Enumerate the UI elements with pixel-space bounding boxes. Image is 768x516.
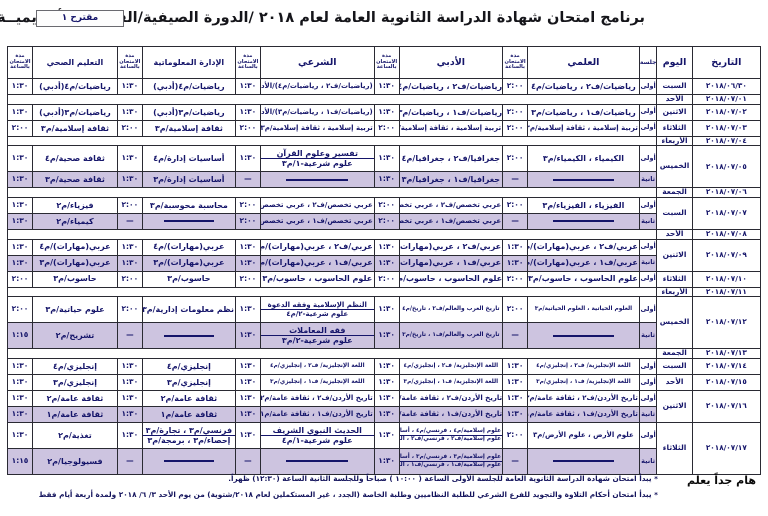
exam-cell: اللغة الإنجليزية/ ف١ ، إنجليزي/م٣ [399, 374, 503, 390]
notes-list: * يبدأ امتحان شهادة الدراسة الثانوية الع… [12, 474, 658, 506]
exam-subject: رياضيات/م٤(أدبي) [33, 82, 117, 91]
duration-cell: ١:٣٠ [235, 146, 260, 172]
exam-cell: عربي تخصص/ف١ ، عربي تخصص/م٣ [399, 213, 503, 229]
duration-cell: ١:٣٠ [235, 239, 260, 255]
exam-subject: تشريح/م٢ [33, 331, 117, 340]
dash-line [553, 179, 614, 181]
date-cell: ٢٠١٨/٠٧/١٧ [692, 422, 760, 474]
exam-subject: حاسوب/م٣ [33, 274, 117, 283]
duration-cell: ١:٣٠ [235, 374, 260, 390]
exam-cell: اللغة الإنجليزية/ ف١ ، إنجليزي/م٣ [527, 374, 639, 390]
duration-cell: ١:٣٠ [235, 79, 260, 95]
header-duration: مدةالامتحانبالساعة [117, 47, 142, 79]
day-cell: الأربعاء [657, 287, 692, 297]
exam-cell: رياضيات/ف١ ، رياضيات/م٣ [399, 104, 503, 120]
duration-cell: ١:٣٠ [8, 422, 33, 448]
exam-cell [142, 323, 235, 349]
page-title: برنامج امتحان شهادة الدراسة الثانوية الع… [158, 10, 645, 26]
exam-subject: عربي/ف٢ ، عربي(مهارات)/م٤ [528, 242, 639, 251]
exam-subject: إنجليزي/م٣ [33, 378, 117, 387]
header-stream-1: الأدبي [399, 47, 503, 79]
exam-subject: عربي/ف١ ، عربي(مهارات)/م٣ [528, 258, 639, 267]
exam-cell: فيزياء/م٢ [33, 197, 118, 213]
duration-cell: ١:٣٠ [374, 422, 399, 448]
duration-cell: ١:٣٠ [117, 358, 142, 374]
exam-cell [260, 172, 374, 188]
day-cell: السبت [657, 197, 692, 229]
exam-cell: اللغة الإنجليزية/ ف١ ، إنجليزي/م٣ [260, 374, 374, 390]
exam-cell: اللغة الإنجليزية/ ف٢ ، إنجليزي/م٤ [260, 358, 374, 374]
duration-cell: ١:٣٠ [374, 255, 399, 271]
proposal-box: مقترح ١ [36, 10, 124, 27]
exam-subject: رياضيات/م٣(أدبي) [143, 108, 235, 117]
exam-cell [260, 448, 374, 474]
duration-cell: — [235, 448, 260, 474]
exam-cell: النظم الإسلامية وفقه الدعوةعلوم شرعية-٢/… [260, 297, 374, 323]
exam-subject: اللغة الإنجليزية/ ف١ ، إنجليزي/م٣ [261, 379, 374, 386]
exam-subject: علوم إسلامية/م٤ ، فرنسي/م٤ ، أساسيات إدا… [400, 428, 503, 435]
duration-cell: — [235, 172, 260, 188]
exam-cell: أساسيات إدارة/م٣ [142, 172, 235, 188]
session-cell: أولى [639, 374, 657, 390]
duration-cell: ٢:٠٠ [503, 79, 528, 95]
date-cell: ٢٠١٨/٠٧/٠٧ [692, 197, 760, 229]
header-stream-4: التعليم الصحي [33, 47, 118, 79]
header-stream-2: الشرعي [260, 47, 374, 79]
exam-subject: رياضيات/م٣(أدبي) [33, 108, 117, 117]
exam-cell: رياضيات/م٣(أدبي) [33, 104, 118, 120]
empty-strip [8, 229, 657, 239]
empty-strip [8, 95, 657, 105]
date-cell: ٢٠١٨/٠٧/١٦ [692, 390, 760, 422]
date-cell: ٢٠١٨/٠٧/٠١ [692, 95, 760, 105]
exam-subject: عربي تخصص/ف١ ، عربي تخصص/م٣ [400, 217, 503, 225]
duration-cell: ١:١٥ [8, 448, 33, 474]
exam-cell [527, 172, 639, 188]
day-cell: الاثنين [657, 104, 692, 120]
exam-subject: تاريخ العرب والعالم/ف٢ ، تاريخ/م٤ [400, 306, 503, 313]
date-cell: ٢٠١٨/٠٧/٠٦ [692, 188, 760, 198]
exam-cell: فرنسي/م٣ ، تجارة/م٣إحصاء/م٣ ، برمجة/م٣ [142, 422, 235, 448]
exam-subject: ثقافة عامة/م٢ [143, 394, 235, 403]
day-cell: الجمعة [657, 349, 692, 359]
session-cell: أولى [639, 390, 657, 406]
exam-cell: رياضيات/ف١ ، رياضيات/م٣ [527, 104, 639, 120]
schedule-table: التاريخاليومجلسةالعلميمدةالامتحانبالساعة… [7, 46, 761, 475]
duration-cell: ٢:٠٠ [374, 120, 399, 136]
duration-cell: — [117, 448, 142, 474]
duration-cell: — [503, 323, 528, 349]
exam-subject: علوم إسلامية/م٣ ، فرنسي/م٣ ، أساسيات إدا… [400, 454, 503, 461]
duration-cell: — [503, 172, 528, 188]
duration-cell: ١:٣٠ [374, 104, 399, 120]
duration-cell: ٢:٠٠ [235, 271, 260, 287]
exam-cell: فسيولوجيا/م٢ [33, 448, 118, 474]
session-cell: أولى [639, 239, 657, 255]
exam-cell: تربية إسلامية ، ثقافة إسلامية/م٣ [399, 120, 503, 136]
day-cell: الاثنين [657, 239, 692, 271]
duration-cell: ٢:٠٠ [374, 213, 399, 229]
exam-subject: العلوم الحياتية ، العلوم الحياتية/م٣ [528, 306, 639, 313]
session-row: ثانيةعربي/ف١ ، عربي(مهارات)/م٣١:٣٠عربي/ف… [8, 255, 761, 271]
duration-cell: ٢:٠٠ [235, 120, 260, 136]
dash-line [164, 335, 215, 337]
session-row: ٢٠١٨/٠٦/٣٠السبتأولىرياضيات/ف٢ ، رياضيات/… [8, 79, 761, 95]
day-cell: الجمعة [657, 188, 692, 198]
duration-cell: ١:٣٠ [117, 172, 142, 188]
exam-cell: عربي/ف١ ، عربي(مهارات)/م٣ [260, 255, 374, 271]
header-stream-3: الإدارة المعلوماتية [142, 47, 235, 79]
date-cell: ٢٠١٨/٠٧/١٤ [692, 358, 760, 374]
exam-cell: (رياضيات/ف٢ ، رياضيات/م٤)/الأدبي [260, 79, 374, 95]
duration-cell: ٢:٠٠ [503, 422, 528, 448]
duration-cell: ١:٣٠ [8, 197, 33, 213]
header-duration: مدةالامتحانبالساعة [374, 47, 399, 79]
exam-cell [142, 448, 235, 474]
exam-subject: الكيمياء ، الكيمياء/م٣ [528, 154, 639, 163]
exam-subject: إحصاء/م٣ ، برمجة/م٣ [143, 435, 235, 445]
session-cell: ثانية [639, 448, 657, 474]
exam-cell: علوم الحاسوب ، حاسوب/م٣ [527, 271, 639, 287]
duration-cell: ٢:٠٠ [503, 197, 528, 213]
note-line: * يبدأ امتحان أحكام التلاوة والتجويد للف… [12, 490, 658, 499]
duration-cell: ١:٣٠ [235, 104, 260, 120]
exam-cell: إنجليزي/م٣ [142, 374, 235, 390]
header-duration: مدةالامتحانبالساعة [503, 47, 528, 79]
date-cell: ٢٠١٨/٠٧/٠٣ [692, 120, 760, 136]
exam-cell: عربي/ف٢ ، عربي(مهارات)/م٤ [260, 239, 374, 255]
duration-cell: ١:٣٠ [374, 390, 399, 406]
duration-cell: ١:٣٠ [117, 422, 142, 448]
exam-subject: رياضيات/ف٢ ، رياضيات/م٤ [401, 82, 503, 91]
session-row: ثانيةتاريخ الأردن/ف١ ، ثقافة عامة/م١١:٣٠… [8, 406, 761, 422]
duration-cell: ١:٣٠ [8, 104, 33, 120]
day-row-empty: ٢٠١٨/٠٧/١٣الجمعة [8, 349, 761, 359]
session-cell: أولى [639, 271, 657, 287]
exam-cell: عربي/ف٢ ، عربي(مهارات)/م٤ [527, 239, 639, 255]
exam-subject: محاسبة محوسبة/م٣ [143, 201, 235, 210]
day-cell: الأحد [657, 374, 692, 390]
exam-cell: جغرافيا/ف٢ ، جغرافيا/م٤ [399, 146, 503, 172]
exam-subject: تاريخ الأردن/ف١ ، ثقافة عامة/م١ [261, 410, 374, 418]
page-header: برنامج امتحان شهادة الدراسة الثانوية الع… [8, 4, 760, 42]
exam-cell: علوم الأرض ، علوم الأرض/م٣ [527, 422, 639, 448]
exam-cell: عربي تخصص/ف١ ، عربي تخصص/م٣ [260, 213, 374, 229]
duration-cell: ١:٣٠ [503, 239, 528, 255]
exam-subject: تاريخ الأردن/ف٢ ، ثقافة عامة/م٢ [261, 394, 374, 402]
exam-cell: تاريخ الأردن/ف٢ ، ثقافة عامة/م٢ [260, 390, 374, 406]
duration-cell: ٢:٠٠ [503, 120, 528, 136]
exam-subject: علوم الحاسوب ، حاسوب/م٣ [261, 274, 374, 283]
duration-cell: ١:٣٠ [8, 358, 33, 374]
exam-subject: علوم شرعية-١/م٣ [261, 158, 374, 168]
exam-subject: عربي/ف١ ، عربي(مهارات)/م٣ [400, 258, 503, 267]
exam-cell: إنجليزي/م٤ [142, 358, 235, 374]
exam-subject: اللغة الإنجليزية/ ف١ ، إنجليزي/م٣ [528, 379, 639, 386]
session-cell: أولى [639, 422, 657, 448]
exam-subject: إنجليزي/م٤ [33, 362, 117, 371]
exam-subject: عربي(مهارات)/م٤ [143, 242, 235, 251]
session-cell: ثانية [639, 172, 657, 188]
session-cell: ثانية [639, 213, 657, 229]
exam-subject: فرنسي/م٣ ، تجارة/م٣ [143, 426, 235, 435]
exam-cell: عربي/ف١ ، عربي(مهارات)/م٣ [399, 255, 503, 271]
session-row: ثانية—تاريخ العرب والعالم/ف١ ، تاريخ/م٣١… [8, 323, 761, 349]
exam-cell: علوم إسلامية/م٣ ، فرنسي/م٣ ، أساسيات إدا… [399, 448, 503, 474]
exam-cell: الحديث النبوي الشريفعلوم شرعية-١/م٤ [260, 422, 374, 448]
exam-subject: ثقافة عامة/م٢ [33, 394, 117, 403]
exam-subject: علوم شرعية-٢/م٣ [261, 335, 374, 345]
duration-cell: ٢:٠٠ [117, 297, 142, 323]
duration-cell: ١:٣٠ [8, 255, 33, 271]
exam-subject: ثقافة عامة/م١ [33, 410, 117, 419]
exam-cell: تاريخ الأردن/ف٢ ، ثقافة عامة/م٢ [527, 390, 639, 406]
exam-cell: تربية إسلامية ، ثقافة إسلامية/م٣ [527, 120, 639, 136]
dash-line [164, 460, 215, 462]
exam-cell [142, 213, 235, 229]
day-row-empty: ٢٠١٨/٠٧/١١الأربعاء [8, 287, 761, 297]
date-cell: ٢٠١٨/٠٧/١٠ [692, 271, 760, 287]
exam-cell: عربي/ف١ ، عربي(مهارات)/م٣ [527, 255, 639, 271]
duration-cell: ١:٣٠ [235, 422, 260, 448]
exam-cell: تاريخ الأردن/ف١ ، ثقافة عامة/م١ [527, 406, 639, 422]
exam-cell [527, 323, 639, 349]
session-row: ٢٠١٨/٠٧/٠٢الاثنينأولىرياضيات/ف١ ، رياضيا… [8, 104, 761, 120]
session-cell: أولى [639, 358, 657, 374]
exam-subject: علوم إسلامية/ف١ ، فرنسي/ف١ ، الثقافة الم… [400, 461, 503, 469]
exam-subject: ثقافة إسلامية/م٣ [143, 124, 235, 133]
empty-strip [8, 287, 657, 297]
exam-subject: كيمياء/م٢ [33, 217, 117, 226]
duration-cell: ٢:٠٠ [503, 146, 528, 172]
exam-cell: علوم إسلامية/م٤ ، فرنسي/م٤ ، أساسيات إدا… [399, 422, 503, 448]
duration-cell: ٢:٠٠ [117, 271, 142, 287]
session-row: ٢٠١٨/٠٧/١٢الخميسأولىالعلوم الحياتية ، ال… [8, 297, 761, 323]
exam-subject: رياضيات/م٤(أدبي) [143, 82, 235, 91]
day-row-empty: ٢٠١٨/٠٧/٠٦الجمعة [8, 188, 761, 198]
duration-cell: ١:٣٠ [8, 213, 33, 229]
exam-subject: عربي تخصص/ف٢ ، عربي تخصص/م٤ [400, 201, 503, 209]
date-cell: ٢٠١٨/٠٧/٠٥ [692, 146, 760, 188]
exam-subject: عربي تخصص/ف٢ ، عربي تخصص/م٤ [261, 201, 374, 209]
duration-cell: ١:٣٠ [374, 297, 399, 323]
exam-cell: عربي/ف٢ ، عربي(مهارات)/م٤ [399, 239, 503, 255]
duration-cell: ٢:٠٠ [503, 104, 528, 120]
duration-cell: ١:٣٠ [8, 374, 33, 390]
duration-cell: ١:٣٠ [117, 79, 142, 95]
duration-cell: ١:٣٠ [374, 358, 399, 374]
duration-cell: ١:٣٠ [117, 239, 142, 255]
date-cell: ٢٠١٨/٠٧/٠٤ [692, 136, 760, 146]
exam-subject: علوم شرعية-١/م٤ [261, 435, 374, 445]
duration-cell: — [503, 448, 528, 474]
exam-subject: جغرافيا/ف١ ، جغرافيا/م٣ [400, 175, 503, 184]
duration-cell: ٢:٠٠ [503, 271, 528, 287]
exam-cell: عربي(مهارات)/م٤ [142, 239, 235, 255]
exam-cell: رياضيات/م٤(أدبي) [142, 79, 235, 95]
duration-cell: ١:٣٠ [8, 79, 33, 95]
header-stream-0: العلمي [527, 47, 639, 79]
duration-cell: ١:٣٠ [117, 374, 142, 390]
dash-line [553, 460, 614, 462]
dash-line [286, 179, 348, 181]
day-row-empty: ٢٠١٨/٠٧/٠١الأحد [8, 95, 761, 105]
empty-strip [8, 188, 657, 198]
session-cell: أولى [639, 146, 657, 172]
exam-cell: تاريخ الأردن/ف١ ، ثقافة عامة/م١ [260, 406, 374, 422]
exam-subject: اللغة الإنجليزية/ ف١ ، إنجليزي/م٣ [400, 379, 503, 386]
exam-cell: تشريح/م٢ [33, 323, 118, 349]
session-row: ثانية—عربي تخصص/ف١ ، عربي تخصص/م٣٢:٠٠عرب… [8, 213, 761, 229]
schedule-page: برنامج امتحان شهادة الدراسة الثانوية الع… [0, 0, 768, 516]
duration-cell: ١:٣٠ [8, 172, 33, 188]
header-duration: مدةالامتحانبالساعة [235, 47, 260, 79]
exam-subject: عربي(مهارات)/م٣ [33, 258, 117, 267]
exam-subject: ثقافة عامة/م١ [143, 410, 235, 419]
day-row-empty: ٢٠١٨/٠٧/٠٤الأربعاء [8, 136, 761, 146]
duration-cell: ١:٣٠ [8, 406, 33, 422]
exam-subject: اللغة الإنجليزية/ ف٢ ، إنجليزي/م٤ [261, 363, 374, 370]
exam-cell: عربي تخصص/ف٢ ، عربي تخصص/م٤ [260, 197, 374, 213]
day-cell: الأحد [657, 229, 692, 239]
session-row: ٢٠١٨/٠٧/٠٣الثلاثاءأولىتربية إسلامية ، ثق… [8, 120, 761, 136]
exam-subject: علوم الحاسوب ، حاسوب/م٣ [401, 274, 503, 283]
duration-cell: ١:٣٠ [503, 255, 528, 271]
day-cell: السبت [657, 358, 692, 374]
exam-cell: تفسير وعلوم القرآنعلوم شرعية-١/م٣ [260, 146, 374, 172]
exam-cell: اللغة الإنجليزية/ ف٢ ، إنجليزي/م٤ [527, 358, 639, 374]
duration-cell: ١:١٥ [8, 323, 33, 349]
day-cell: الخميس [657, 146, 692, 188]
exam-cell: ثقافة صحية/م٤ [33, 146, 118, 172]
session-row: ٢٠١٨/٠٧/٠٧السبتأولىالفيزياء ، الفيزياء/م… [8, 197, 761, 213]
exam-subject: (رياضيات/ف٢ ، رياضيات/م٤)/الأدبي [261, 82, 374, 90]
header-duration: مدةالامتحانبالساعة [8, 47, 33, 79]
exam-subject: رياضيات/ف٢ ، رياضيات/م٤ [528, 82, 639, 91]
exam-cell: فقه المعاملاتعلوم شرعية-٢/م٣ [260, 323, 374, 349]
exam-cell: رياضيات/م٣(أدبي) [142, 104, 235, 120]
duration-cell: ١:٣٠ [117, 390, 142, 406]
duration-cell: ٢:٠٠ [117, 197, 142, 213]
exam-subject: الفيزياء ، الفيزياء/م٣ [528, 201, 639, 210]
duration-cell: — [117, 213, 142, 229]
duration-cell: ١:٣٠ [374, 374, 399, 390]
session-row: ٢٠١٨/٠٧/٠٩الاثنينأولىعربي/ف٢ ، عربي(مهار… [8, 239, 761, 255]
exam-cell: اللغة الإنجليزية/ ف٢ ، إنجليزي/م٤ [399, 358, 503, 374]
day-cell: الثلاثاء [657, 271, 692, 287]
exam-subject: رياضيات/ف١ ، رياضيات/م٣ [401, 108, 503, 117]
exam-subject: علوم إسلامية/ف٢ ، فرنسي/ف٢ ، الثقافة الم… [400, 435, 503, 443]
exam-cell: ثقافة عامة/م٢ [33, 390, 118, 406]
exam-cell: علوم حياتية/م٣ [33, 297, 118, 323]
exam-subject: أساسيات إدارة/م٤ [143, 154, 235, 163]
exam-subject: تربية إسلامية ، ثقافة إسلامية/م٣ [261, 124, 374, 132]
exam-cell: ثقافة عامة/م١ [142, 406, 235, 422]
duration-cell: ٢:٠٠ [503, 297, 528, 323]
day-cell: الأحد [657, 95, 692, 105]
exam-cell: عربي(مهارات)/م٤ [33, 239, 118, 255]
exam-subject: تغذية/م٢ [33, 431, 117, 440]
session-cell: أولى [639, 297, 657, 323]
session-row: ٢٠١٨/٠٧/١٦الاثنينأولىتاريخ الأردن/ف٢ ، ث… [8, 390, 761, 406]
exam-subject: الحديث النبوي الشريف [261, 426, 374, 435]
exam-cell: إنجليزي/م٣ [33, 374, 118, 390]
exam-subject: علوم الأرض ، علوم الأرض/م٣ [528, 431, 639, 439]
duration-cell: ١:٣٠ [8, 146, 33, 172]
duration-cell: ١:٣٠ [235, 406, 260, 422]
duration-cell: ١:٣٠ [374, 239, 399, 255]
exam-cell: رياضيات/ف٢ ، رياضيات/م٤ [527, 79, 639, 95]
exam-cell: تاريخ العرب والعالم/ف٢ ، تاريخ/م٤ [399, 297, 503, 323]
date-cell: ٢٠١٨/٠٧/١٢ [692, 297, 760, 349]
session-cell: أولى [639, 79, 657, 95]
day-row-empty: ٢٠١٨/٠٧/٠٨الأحد [8, 229, 761, 239]
header-session: جلسة [639, 47, 657, 79]
exam-subject: علوم شرعية-٢/م٤ [261, 309, 374, 318]
duration-cell: ١:٣٠ [503, 390, 528, 406]
session-cell: أولى [639, 120, 657, 136]
session-row: ٢٠١٨/٠٧/٠٥الخميسأولىالكيمياء ، الكيمياء/… [8, 146, 761, 172]
exam-cell: تربية إسلامية ، ثقافة إسلامية/م٣ [260, 120, 374, 136]
exam-subject: عربي(مهارات)/م٣ [143, 258, 235, 267]
duration-cell: ١:٣٠ [374, 406, 399, 422]
duration-cell: ٢:٠٠ [235, 213, 260, 229]
duration-cell: ١:٣٠ [374, 146, 399, 172]
exam-cell: تغذية/م٢ [33, 422, 118, 448]
day-cell: الأربعاء [657, 136, 692, 146]
exam-subject: إنجليزي/م٤ [143, 362, 235, 371]
duration-cell: ٢:٠٠ [374, 197, 399, 213]
exam-subject: اللغة الإنجليزية/ ف٢ ، إنجليزي/م٤ [528, 363, 639, 370]
date-cell: ٢٠١٨/٠٧/١١ [692, 287, 760, 297]
session-row: ٢٠١٨/٠٧/١٥الأحدأولىاللغة الإنجليزية/ ف١ … [8, 374, 761, 390]
session-cell: أولى [639, 197, 657, 213]
exam-subject: (رياضيات/ف١ ، رياضيات/م٣)/الأدبي [261, 108, 374, 116]
duration-cell: — [117, 323, 142, 349]
session-cell: أولى [639, 104, 657, 120]
exam-cell: حاسوب/م٣ [33, 271, 118, 287]
duration-cell: ١:٣٠ [8, 239, 33, 255]
exam-cell: علوم الحاسوب ، حاسوب/م٣ [260, 271, 374, 287]
exam-cell: ثقافة عامة/م١ [33, 406, 118, 422]
header-date: التاريخ [692, 47, 760, 79]
session-cell: ثانية [639, 255, 657, 271]
exam-subject: حاسوب/م٣ [143, 274, 235, 283]
exam-subject: ثقافة إسلامية/م٣ [33, 124, 117, 133]
exam-subject: تاريخ الأردن/ف٢ ، ثقافة عامة/م٢ [528, 394, 639, 402]
exam-subject: نظم معلومات إدارية/م٣ [143, 305, 235, 314]
exam-subject: عربي/ف٢ ، عربي(مهارات)/م٤ [400, 242, 503, 251]
session-row: ثانية—علوم إسلامية/م٣ ، فرنسي/م٣ ، أساسي… [8, 448, 761, 474]
exam-cell: نظم معلومات إدارية/م٣ [142, 297, 235, 323]
day-cell: الاثنين [657, 390, 692, 422]
session-row: ٢٠١٨/٠٧/١٧الثلاثاءأولىعلوم الأرض ، علوم … [8, 422, 761, 448]
duration-cell: ١:٣٠ [117, 146, 142, 172]
exam-subject: جغرافيا/ف٢ ، جغرافيا/م٤ [400, 154, 503, 163]
day-cell: الثلاثاء [657, 120, 692, 136]
exam-subject: تاريخ الأردن/ف١ ، ثقافة عامة/م١ [401, 410, 503, 418]
dash-line [553, 220, 614, 222]
exam-subject: ثقافة صحية/م٤ [33, 154, 117, 163]
exam-cell: تاريخ العرب والعالم/ف١ ، تاريخ/م٣ [399, 323, 503, 349]
exam-subject: النظم الإسلامية وفقه الدعوة [261, 301, 374, 309]
exam-subject: عربي/ف٢ ، عربي(مهارات)/م٤ [261, 242, 374, 251]
exam-subject: إنجليزي/م٣ [143, 378, 235, 387]
exam-subject: عربي(مهارات)/م٤ [33, 242, 117, 251]
day-cell: الخميس [657, 297, 692, 349]
day-cell: الثلاثاء [657, 422, 692, 474]
duration-cell: ٢:٠٠ [235, 197, 260, 213]
